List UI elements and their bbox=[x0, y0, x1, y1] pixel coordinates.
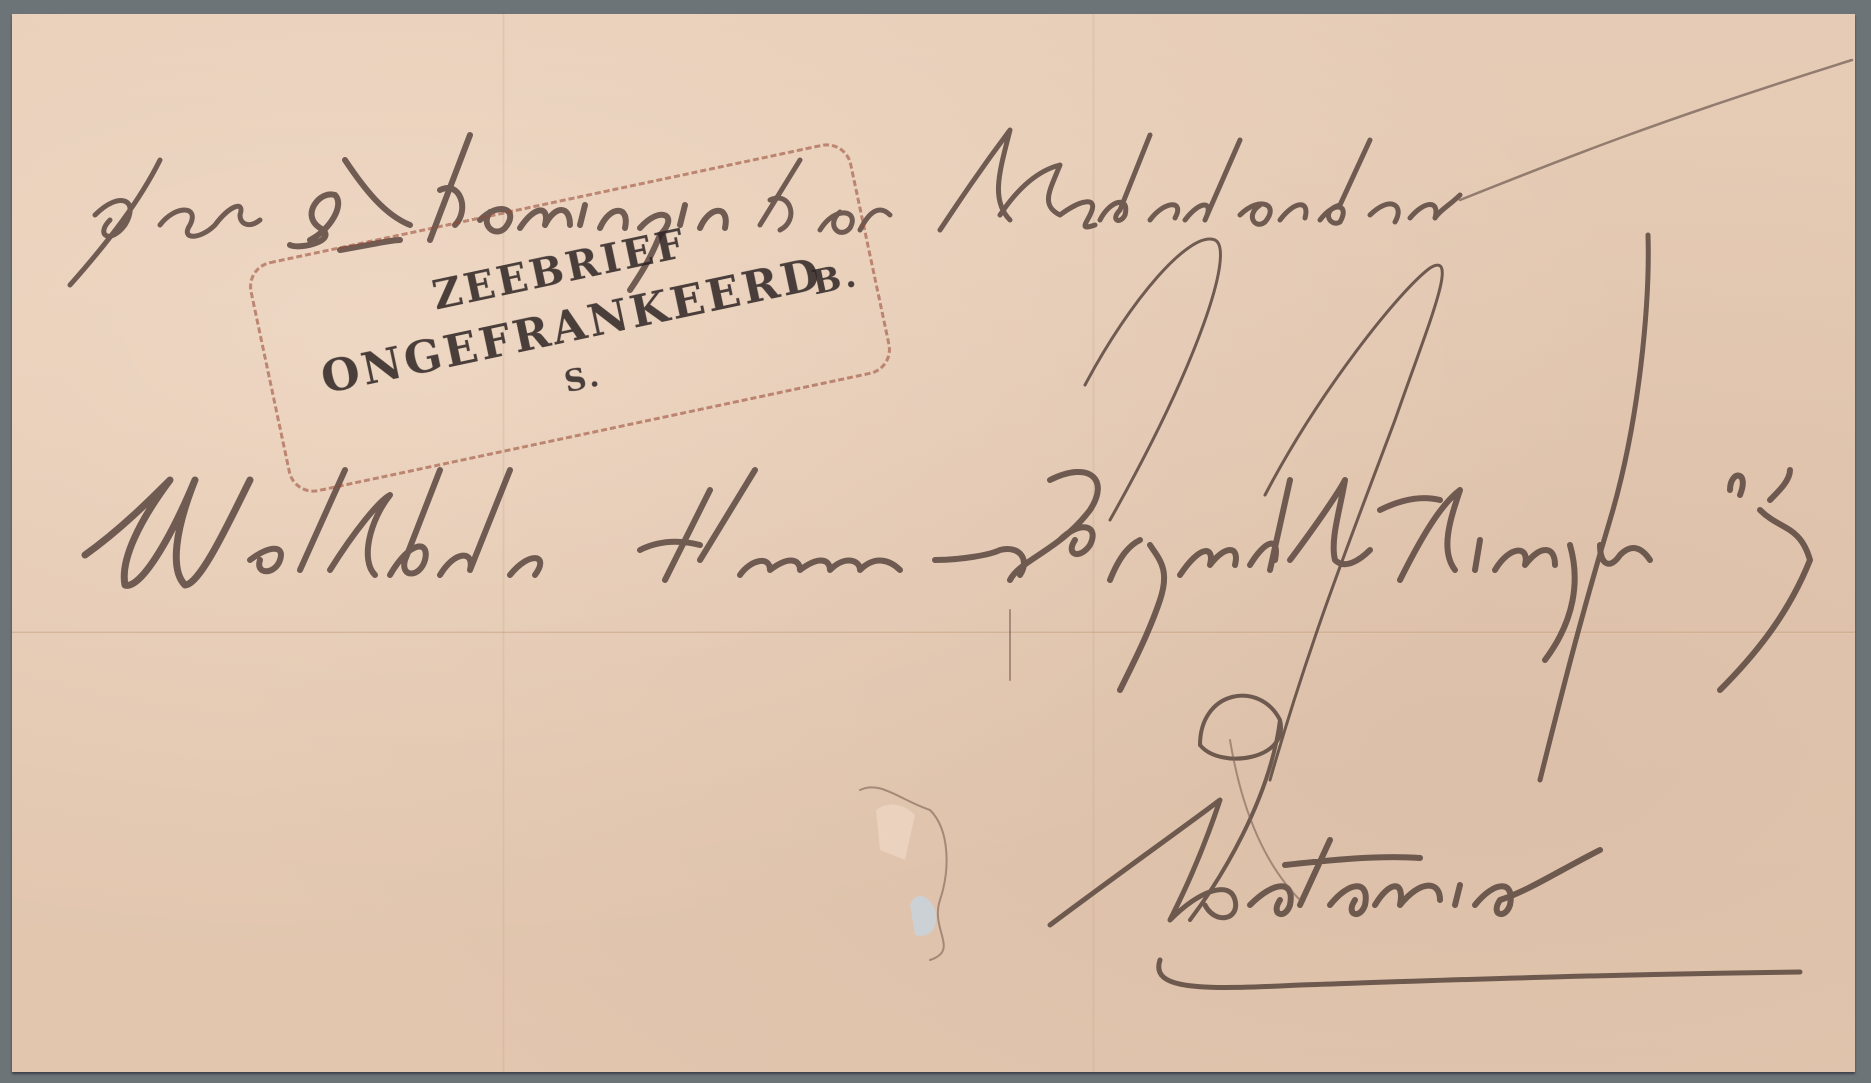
handstamp-corner: B. bbox=[808, 255, 862, 304]
manuscript-ink bbox=[0, 0, 1871, 1083]
